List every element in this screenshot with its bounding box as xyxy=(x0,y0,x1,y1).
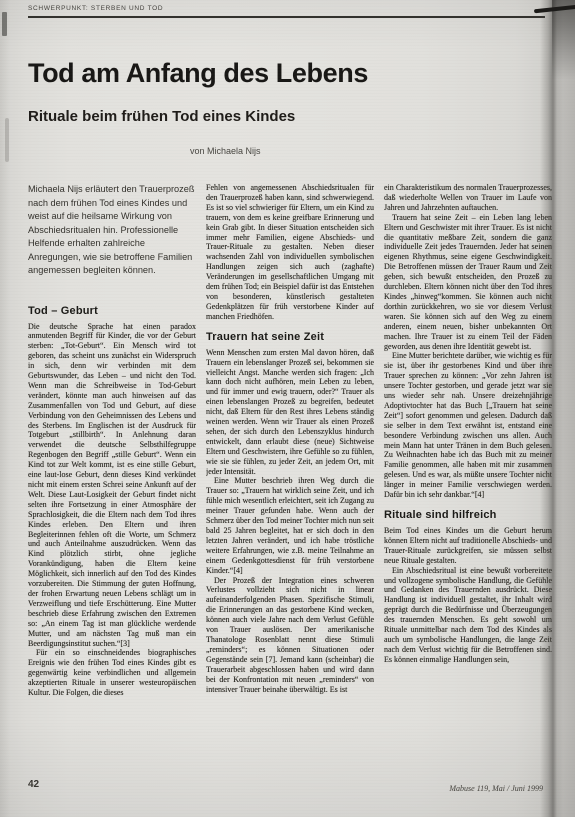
article-title: Tod am Anfang des Lebens xyxy=(28,58,368,89)
header-rule xyxy=(28,16,545,18)
intro-paragraph: Michaela Nijs erläutert den Trauerprozeß… xyxy=(28,183,196,278)
page-number: 42 xyxy=(28,779,39,790)
paragraph: Trauern hat seine Zeit – ein Leben lang … xyxy=(384,213,552,352)
page-content: Schwerpunkt: Sterben und Tod Tod am Anfa… xyxy=(0,0,575,817)
column-middle: Fehlen von angemessenen Abschiedsrituale… xyxy=(206,183,374,767)
byline: von Michaela Nijs xyxy=(190,146,261,156)
article-subtitle: Rituale beim frühen Tod eines Kindes xyxy=(28,108,295,125)
paragraph: Die deutsche Sprache hat einen paradox a… xyxy=(28,322,196,649)
column-left: Michaela Nijs erläutert den Trauerprozeß… xyxy=(28,183,196,767)
paragraph: Fehlen von angemessenen Abschiedsrituale… xyxy=(206,183,374,322)
paragraph: Beim Tod eines Kindes um die Geburt heru… xyxy=(384,526,552,566)
paragraph: Für ein so einschneidendes biographische… xyxy=(28,648,196,698)
paragraph: Eine Mutter beschrieb ihren Weg durch di… xyxy=(206,476,374,575)
paragraph: Eine Mutter berichtete darüber, wie wich… xyxy=(384,351,552,500)
running-header: Schwerpunkt: Sterben und Tod xyxy=(28,5,163,12)
scanned-page: Schwerpunkt: Sterben und Tod Tod am Anfa… xyxy=(0,0,575,817)
section-heading-trauern-hat-seine-zeit: Trauern hat seine Zeit xyxy=(206,331,374,343)
paragraph: Der Prozeß der Integration eines schwere… xyxy=(206,576,374,695)
section-heading-tod-geburt: Tod – Geburt xyxy=(28,305,196,317)
paragraph: Ein Abschiedsritual ist eine bewußt vorb… xyxy=(384,566,552,665)
section-heading-rituale-sind-hilfreich: Rituale sind hilfreich xyxy=(384,509,552,521)
journal-footer: Mabuse 119, Mai / Juni 1999 xyxy=(449,784,543,793)
paragraph: ein Charakteristikum des normalen Trauer… xyxy=(384,183,552,213)
column-right: ein Charakteristikum des normalen Trauer… xyxy=(384,183,552,767)
paragraph: Wenn Menschen zum ersten Mal davon hören… xyxy=(206,348,374,477)
